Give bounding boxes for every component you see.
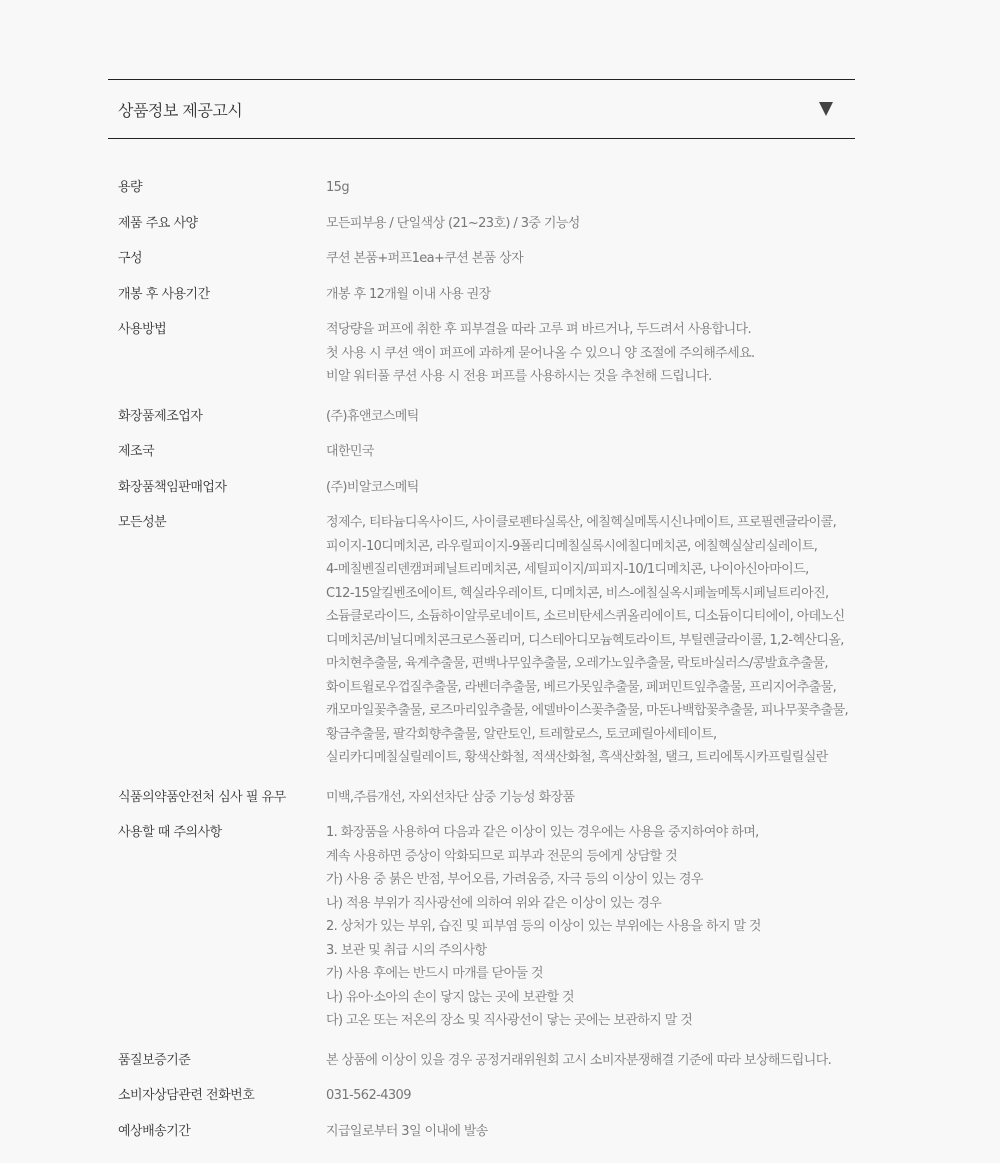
info-row-label: 화장품제조업자	[108, 405, 326, 428]
info-row-value: 개봉 후 12개월 이내 사용 권장	[326, 283, 491, 307]
info-row-value-line: 개봉 후 12개월 이내 사용 권장	[326, 283, 491, 307]
info-row-value: (주)휴앤코스메틱	[326, 405, 419, 429]
info-row-value-line: 캐모마일꽃추출물, 로즈마리잎추출물, 에델바이스꽃추출물, 마돈나백합꽃추출물…	[326, 699, 848, 723]
info-row-value-line: 쿠션 본품+퍼프1ea+쿠션 본품 상자	[326, 247, 523, 271]
triangle-down-icon[interactable]	[819, 102, 833, 116]
info-row-value-line: 본 상품에 이상이 있을 경우 공정거래위원회 고시 소비자분쟁해결 기준에 따…	[326, 1049, 831, 1073]
info-row-value-line: 15g	[326, 176, 349, 200]
info-row-value: 쿠션 본품+퍼프1ea+쿠션 본품 상자	[326, 247, 523, 271]
info-row-label: 품질보증기준	[108, 1049, 326, 1072]
info-row-customer-service-phone: 소비자상담관련 전화번호031-562-4309	[108, 1084, 855, 1108]
info-row-expected-delivery: 예상배송기간지급일로부터 3일 이내에 발송	[108, 1120, 855, 1144]
info-row-label: 사용할 때 주의사항	[108, 821, 326, 844]
info-row-label: 제조국	[108, 440, 326, 463]
info-row-value-line: 모든피부용 / 단일색상 (21~23호) / 3중 기능성	[326, 212, 580, 236]
info-row-value: 031-562-4309	[326, 1084, 411, 1108]
info-row-value: 모든피부용 / 단일색상 (21~23호) / 3중 기능성	[326, 212, 580, 236]
info-row-value-line: C12-15알킬벤조에이트, 헥실라우레이트, 디메치콘, 비스-에칠실옥시페놀…	[326, 582, 848, 606]
info-row-label: 사용방법	[108, 318, 326, 341]
info-row-value-line: 마치현추출물, 육계추출물, 편백나무잎추출물, 오레가노잎추출물, 락토바실러…	[326, 652, 848, 676]
info-row-value-line: 4-메칠벤질리덴캠퍼페닐트리메치콘, 세틸피이지/피피지-10/1디메치콘, 나…	[326, 558, 848, 582]
section-title: 상품정보 제공고시	[118, 98, 242, 121]
info-row-value-line: 실리카디메칠실릴레이트, 황색산화철, 적색산화철, 흑색산화철, 탤크, 트리…	[326, 746, 848, 770]
info-row-value-line: 지급일로부터 3일 이내에 발송	[326, 1120, 488, 1144]
info-row-value: 15g	[326, 176, 349, 200]
info-row-label: 용량	[108, 176, 326, 199]
info-row-value-line: 1. 화장품을 사용하여 다음과 같은 이상이 있는 경우에는 사용을 중지하여…	[326, 821, 761, 845]
info-row-distributor: 화장품책임판매업자(주)비알코스메틱	[108, 476, 855, 500]
info-row-value-line: 나) 적용 부위가 직사광선에 의하여 위와 같은 이상이 있는 경우	[326, 892, 761, 916]
info-row-label: 소비자상담관련 전화번호	[108, 1084, 326, 1107]
info-row-label: 구성	[108, 247, 326, 270]
info-row-value-line: 다) 고온 또는 저온의 장소 및 직사광선이 닿는 곳에는 보관하지 말 것	[326, 1009, 761, 1033]
info-row-value-line: 적당량을 퍼프에 취한 후 피부결을 따라 고루 펴 바르거나, 두드려서 사용…	[326, 318, 755, 342]
info-row-value-line: 피이지-10디메치콘, 라우릴피이지-9폴리디메칠실록시에칠디메치콘, 에칠헥실…	[326, 535, 848, 559]
info-row-value-line: (주)휴앤코스메틱	[326, 405, 419, 429]
info-row-value: 지급일로부터 3일 이내에 발송	[326, 1120, 488, 1144]
info-row-quality-guarantee: 품질보증기준본 상품에 이상이 있을 경우 공정거래위원회 고시 소비자분쟁해결…	[108, 1049, 855, 1073]
info-row-capacity: 용량15g	[108, 176, 855, 200]
info-row-value: 적당량을 퍼프에 취한 후 피부결을 따라 고루 펴 바르거나, 두드려서 사용…	[326, 318, 755, 389]
info-row-value-line: 소듐클로라이드, 소듐하이알루로네이트, 소르비탄세스퀴올리에이트, 디소듐이디…	[326, 605, 848, 629]
info-row-value-line: 디메치콘/비닐디메치콘크로스폴리머, 디스테아디모늄헥토라이트, 부틸렌글라이콜…	[326, 629, 848, 653]
info-row-value-line: 비알 워터풀 쿠션 사용 시 전용 퍼프를 사용하시는 것을 추천해 드립니다.	[326, 365, 755, 389]
info-row-label: 예상배송기간	[108, 1120, 326, 1143]
info-row-value-line: 가) 사용 중 붉은 반점, 부어오름, 가려움증, 자극 등의 이상이 있는 …	[326, 868, 761, 892]
info-row-value: 본 상품에 이상이 있을 경우 공정거래위원회 고시 소비자분쟁해결 기준에 따…	[326, 1049, 831, 1073]
info-row-value-line: 가) 사용 후에는 반드시 마개를 닫아둘 것	[326, 962, 761, 986]
info-row-label: 개봉 후 사용기간	[108, 283, 326, 306]
info-row-shelf-life: 개봉 후 사용기간개봉 후 12개월 이내 사용 권장	[108, 283, 855, 307]
info-row-value: (주)비알코스메틱	[326, 476, 419, 500]
info-row-ingredients: 모든성분정제수, 티타늄디옥사이드, 사이클로펜타실록산, 에칠헥실메톡시신나메…	[108, 511, 855, 770]
info-row-value-line: (주)비알코스메틱	[326, 476, 419, 500]
info-row-value: 정제수, 티타늄디옥사이드, 사이클로펜타실록산, 에칠헥실메톡시신나메이트, …	[326, 511, 848, 770]
info-row-value-line: 031-562-4309	[326, 1084, 411, 1108]
info-row-value-line: 첫 사용 시 쿠션 액이 퍼프에 과하게 묻어나올 수 있으니 양 조절에 주의…	[326, 342, 755, 366]
info-row-value: 미백,주름개선, 자외선차단 삼중 기능성 화장품	[326, 786, 574, 810]
info-row-value-line: 계속 사용하면 증상이 악화되므로 피부과 전문의 등에게 상담할 것	[326, 845, 761, 869]
product-info-table: 용량15g제품 주요 사양모든피부용 / 단일색상 (21~23호) / 3중 …	[108, 176, 855, 1143]
info-row-value-line: 미백,주름개선, 자외선차단 삼중 기능성 화장품	[326, 786, 574, 810]
product-info-notice-section: 상품정보 제공고시 용량15g제품 주요 사양모든피부용 / 단일색상 (21~…	[108, 79, 855, 1155]
info-row-value-line: 대한민국	[326, 440, 374, 464]
info-row-value-line: 2. 상처가 있는 부위, 습진 및 피부염 등의 이상이 있는 부위에는 사용…	[326, 915, 761, 939]
info-row-main-spec: 제품 주요 사양모든피부용 / 단일색상 (21~23호) / 3중 기능성	[108, 212, 855, 236]
info-row-precautions: 사용할 때 주의사항1. 화장품을 사용하여 다음과 같은 이상이 있는 경우에…	[108, 821, 855, 1033]
info-row-value: 대한민국	[326, 440, 374, 464]
info-row-value-line: 황금추출물, 팔각회향추출물, 알란토인, 트레할로스, 토코페릴아세테이트,	[326, 723, 848, 747]
info-row-manufacturer: 화장품제조업자(주)휴앤코스메틱	[108, 405, 855, 429]
product-info-accordion-header[interactable]: 상품정보 제공고시	[108, 79, 855, 139]
info-row-composition: 구성쿠션 본품+퍼프1ea+쿠션 본품 상자	[108, 247, 855, 271]
info-row-label: 제품 주요 사양	[108, 212, 326, 235]
info-row-value-line: 정제수, 티타늄디옥사이드, 사이클로펜타실록산, 에칠헥실메톡시신나메이트, …	[326, 511, 848, 535]
info-row-value-line: 3. 보관 및 취급 시의 주의사항	[326, 939, 761, 963]
info-row-value-line: 화이트윌로우껍질추출물, 라벤더추출물, 베르가못잎추출물, 페퍼민트잎추출물,…	[326, 676, 848, 700]
info-row-value: 1. 화장품을 사용하여 다음과 같은 이상이 있는 경우에는 사용을 중지하여…	[326, 821, 761, 1033]
info-row-country-of-origin: 제조국대한민국	[108, 440, 855, 464]
info-row-label: 모든성분	[108, 511, 326, 534]
info-row-usage: 사용방법적당량을 퍼프에 취한 후 피부결을 따라 고루 펴 바르거나, 두드려…	[108, 318, 855, 389]
info-row-label: 식품의약품안전처 심사 필 유무	[108, 786, 326, 809]
info-row-mfds-review: 식품의약품안전처 심사 필 유무미백,주름개선, 자외선차단 삼중 기능성 화장…	[108, 786, 855, 810]
info-row-value-line: 나) 유아·소아의 손이 닿지 않는 곳에 보관할 것	[326, 986, 761, 1010]
info-row-label: 화장품책임판매업자	[108, 476, 326, 499]
